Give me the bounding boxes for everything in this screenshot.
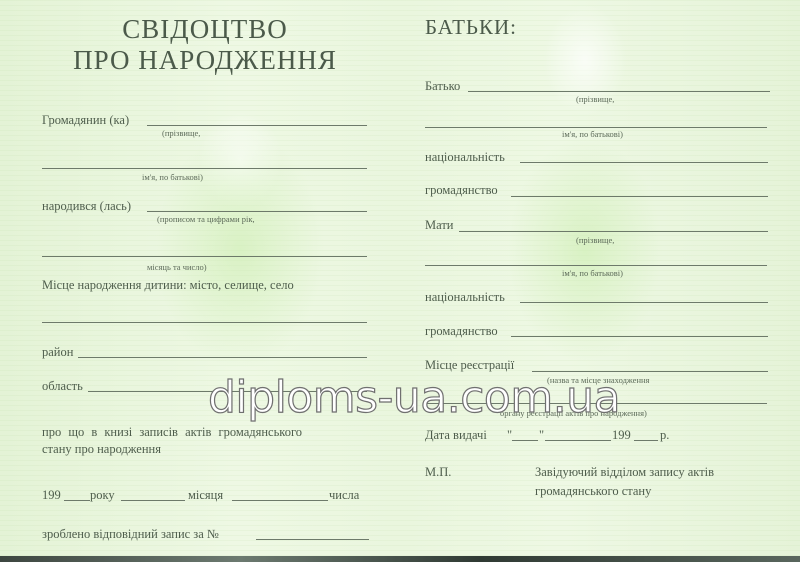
issue-date-year-field[interactable] bbox=[634, 440, 658, 441]
date-year-label: року bbox=[90, 488, 115, 503]
mother-surname-hint: (прізвище, bbox=[576, 235, 614, 245]
citizen-name-field[interactable] bbox=[42, 168, 367, 169]
born-year-hint: (прописом та цифрами рік, bbox=[157, 214, 255, 224]
record-number-label: зроблено відповідний запис за № bbox=[42, 527, 219, 542]
date-month-label: місяця bbox=[188, 488, 223, 503]
mother-label: Мати bbox=[425, 218, 454, 233]
parents-heading: БАТЬКИ: bbox=[425, 15, 517, 40]
certificate-title-line2: ПРО НАРОДЖЕННЯ bbox=[55, 45, 355, 76]
date-day-field[interactable] bbox=[232, 500, 328, 501]
district-field[interactable] bbox=[78, 357, 367, 358]
registration-label: Місце реєстрації bbox=[425, 358, 514, 373]
mother-name-hint: ім'я, по батькові) bbox=[562, 268, 623, 278]
issue-date-label: Дата видачі bbox=[425, 428, 487, 443]
born-label: народився (лась) bbox=[42, 199, 131, 214]
certificate-title: СВІДОЦТВО ПРО НАРОДЖЕННЯ bbox=[55, 14, 355, 76]
citizen-name-hint: ім'я, по батькові) bbox=[142, 172, 203, 182]
citizen-surname-field[interactable] bbox=[147, 125, 367, 126]
born-month-field[interactable] bbox=[42, 256, 367, 257]
citizen-surname-hint: (прізвище, bbox=[162, 128, 200, 138]
born-month-hint: місяць та число) bbox=[147, 262, 207, 272]
watermark-text: diploms-ua.com.ua bbox=[208, 376, 620, 420]
father-citizenship-field[interactable] bbox=[511, 196, 768, 197]
record-number-field[interactable] bbox=[256, 539, 369, 540]
issue-date-day-field[interactable] bbox=[512, 440, 538, 441]
head-title-line2: громадянського стану bbox=[535, 484, 651, 499]
father-name-hint: ім'я, по батькові) bbox=[562, 129, 623, 139]
seal-label: М.П. bbox=[425, 465, 451, 480]
birthplace-field[interactable] bbox=[42, 322, 367, 323]
father-name-field[interactable] bbox=[425, 127, 767, 128]
date-month-field[interactable] bbox=[121, 500, 185, 501]
father-surname-field[interactable] bbox=[468, 91, 770, 92]
father-nationality-field[interactable] bbox=[520, 162, 768, 163]
mother-nationality-field[interactable] bbox=[520, 302, 768, 303]
head-title-line1: Завідуючий відділом запису актів bbox=[535, 465, 714, 480]
father-label: Батько bbox=[425, 79, 460, 94]
certificate-title-line1: СВІДОЦТВО bbox=[55, 14, 355, 45]
mother-nationality-label: національність bbox=[425, 290, 505, 305]
district-label: район bbox=[42, 345, 73, 360]
mother-name-field[interactable] bbox=[425, 265, 767, 266]
date-year-prefix: 199 bbox=[42, 488, 61, 503]
record-text-line1: про що в книзі записів актів громадянськ… bbox=[42, 425, 302, 440]
record-text-line2: стану про народження bbox=[42, 442, 161, 457]
date-year-field[interactable] bbox=[64, 500, 90, 501]
bottom-edge bbox=[0, 556, 800, 562]
birthplace-label: Місце народження дитини: місто, селище, … bbox=[42, 278, 294, 293]
mother-surname-field[interactable] bbox=[459, 231, 768, 232]
date-day-label: числа bbox=[329, 488, 359, 503]
region-label: область bbox=[42, 379, 83, 394]
born-year-field[interactable] bbox=[147, 211, 367, 212]
father-surname-hint: (прізвище, bbox=[576, 94, 614, 104]
citizen-label: Громадянин (ка) bbox=[42, 113, 129, 128]
issue-date-quote-close: " bbox=[539, 428, 544, 443]
mother-citizenship-label: громадянство bbox=[425, 324, 498, 339]
issue-date-year-suffix: р. bbox=[660, 428, 669, 443]
issue-date-year-prefix: 199 bbox=[612, 428, 631, 443]
mother-citizenship-field[interactable] bbox=[511, 336, 768, 337]
issue-date-month-field[interactable] bbox=[545, 440, 611, 441]
father-nationality-label: національність bbox=[425, 150, 505, 165]
father-citizenship-label: громадянство bbox=[425, 183, 498, 198]
